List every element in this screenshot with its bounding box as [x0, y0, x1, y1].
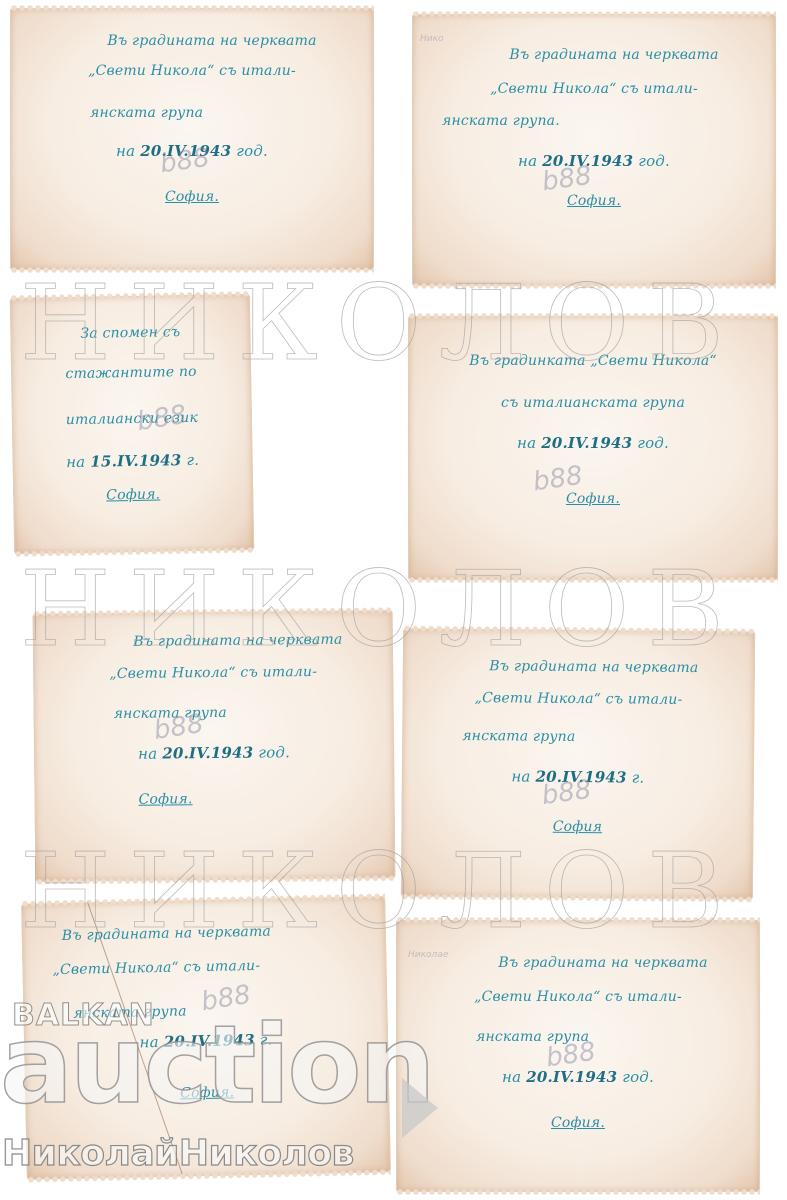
inscription-line: янската група — [90, 106, 374, 120]
watermark-seller-name: НиколайНиколов — [2, 1133, 354, 1174]
inscription-city: София. — [10, 190, 374, 204]
inscription-line: „Свети Никола“ съ итали- — [33, 664, 393, 682]
inscription-city: София. — [412, 194, 776, 208]
inscription-line: Въ градината на черквата — [412, 48, 776, 62]
inscription-city: София. — [408, 492, 778, 506]
inscription-line: Въ градинката „Свети Никола“ — [408, 354, 778, 368]
photo-back-4: Въ градинката „Свети Никола“ съ италианс… — [408, 316, 778, 580]
inscription-city: София. — [396, 1116, 760, 1130]
inscription-line: „Свети Никола“ съ итали- — [10, 64, 374, 78]
inscription-date: на 20.IV.1943 год. — [34, 744, 394, 763]
pencil-mark: b88 — [540, 161, 593, 198]
inscription-line: съ италианската група — [408, 396, 778, 410]
inscription-date: на 15.IV.1943 г. — [13, 452, 253, 471]
inscription-line: янската група. — [442, 114, 776, 128]
inscription-line: Въ градината на черквата — [33, 632, 393, 650]
pencil-mark: b88 — [158, 143, 211, 180]
inscription-line: Въ градината на черквата — [62, 922, 386, 943]
inscription-line: „Свети Никола“ съ итали- — [412, 82, 776, 96]
inscription-line: Въ градината на черквата — [10, 34, 374, 48]
pencil-mark: b88 — [540, 775, 593, 811]
photo-back-5: Въ градината на черквата „Свети Никола“ … — [33, 610, 396, 882]
inscription-date: на 20.IV.1943 год. — [396, 1070, 760, 1085]
watermark-brand-large: auction — [0, 1012, 433, 1120]
watermark-play-arrow-icon — [402, 1078, 438, 1138]
photo-back-1: Въ градината на черквата „Свети Никола“ … — [10, 8, 374, 270]
inscription-line: янската група — [476, 1030, 760, 1044]
photo-back-2: Нико Въ градината на черквата „Свети Ник… — [412, 14, 776, 286]
inscription-line: „Свети Никола“ съ итали- — [396, 990, 760, 1004]
inscription-date: на 20.IV.1943 год. — [408, 436, 778, 451]
inscription-line: За спомен съ — [10, 324, 250, 342]
inscription-line: Въ градината на черквата — [396, 956, 760, 970]
photo-back-3: За спомен съ стажантите по италиански ез… — [10, 294, 254, 554]
inscription-city: София — [401, 818, 753, 835]
inscription-city: София. — [138, 790, 394, 807]
inscription-line: италиански език — [12, 410, 252, 428]
inscription-line: Въ градината на черквата — [403, 658, 755, 675]
photo-back-6: Въ градината на черквата „Свети Никола“ … — [401, 628, 755, 899]
inscription-line: стажантите по — [11, 364, 251, 382]
pencil-mark: b88 — [135, 400, 189, 437]
inscription-date: на 20.IV.1943 год. — [412, 154, 776, 169]
inscription-line: янската група — [462, 729, 754, 746]
inscription-line: „Свети Никола“ съ итали- — [403, 690, 755, 707]
inscription-city: София. — [13, 486, 253, 504]
pencil-corner-note: Нико — [420, 34, 444, 44]
pencil-mark: b88 — [152, 709, 206, 746]
photo-back-8: Николае Въ градината на черквата „Свети … — [396, 920, 760, 1192]
inscription-line: „Свети Никола“ съ итали- — [52, 956, 386, 977]
